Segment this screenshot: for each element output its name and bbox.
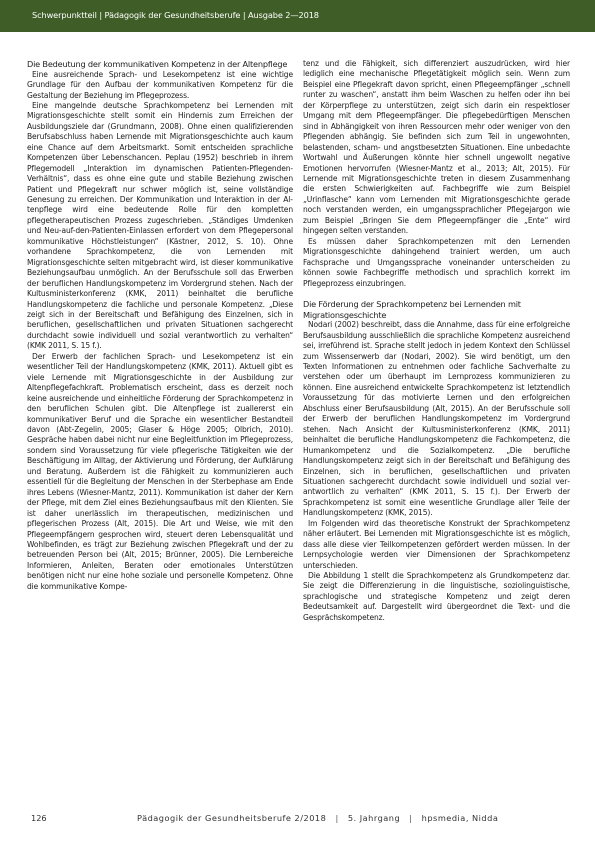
right-column: tenz und die Fähigkeit, sich differenzie… — [303, 59, 570, 623]
body-paragraph: Eine mangelnde deutsche Sprachkompetenz … — [27, 101, 293, 352]
body-paragraph-continued: tenz und die Fähigkeit, sich differenzie… — [303, 59, 570, 237]
journal-info: Pädagogik der Gesundheitsberufe 2/2018 |… — [137, 813, 498, 823]
running-head-text: Schwerpunktteil | Pädagogik der Gesundhe… — [32, 10, 319, 20]
section-heading-language-support: Die Förderung der Sprachkompetenz bei Le… — [303, 299, 570, 320]
left-column: Die Bedeutung der kommunikativen Kompete… — [27, 59, 293, 592]
page-number: 126 — [31, 813, 47, 823]
footer-separator: | — [335, 813, 338, 823]
body-paragraph: Eine ausreichende Sprach- und Lesekompet… — [27, 70, 293, 101]
page-footer: 126 Pädagogik der Gesundheitsberufe 2/20… — [0, 810, 595, 830]
body-paragraph: Nodari (2002) beschreibt, dass die Annah… — [303, 320, 570, 519]
section-heading-communicative-competence: Die Bedeutung der kommunikativen Kompete… — [27, 59, 293, 70]
journal-volume: 5. Jahrgang — [348, 813, 400, 823]
body-paragraph: Im Folgenden wird das theoretische Konst… — [303, 519, 570, 571]
body-paragraph: Die Abbildung 1 stellt die Sprachkompete… — [303, 571, 570, 623]
body-paragraph: Es müssen daher Sprachkompetenzen mit de… — [303, 237, 570, 289]
publisher: hpsmedia, Nidda — [422, 813, 499, 823]
footer-separator: | — [409, 813, 412, 823]
body-paragraph: Der Erwerb der fachlichen Sprach- und Le… — [27, 352, 293, 592]
running-header-bar: Schwerpunktteil | Pädagogik der Gesundhe… — [0, 0, 595, 32]
journal-title: Pädagogik der Gesundheitsberufe 2/2018 — [137, 813, 326, 823]
